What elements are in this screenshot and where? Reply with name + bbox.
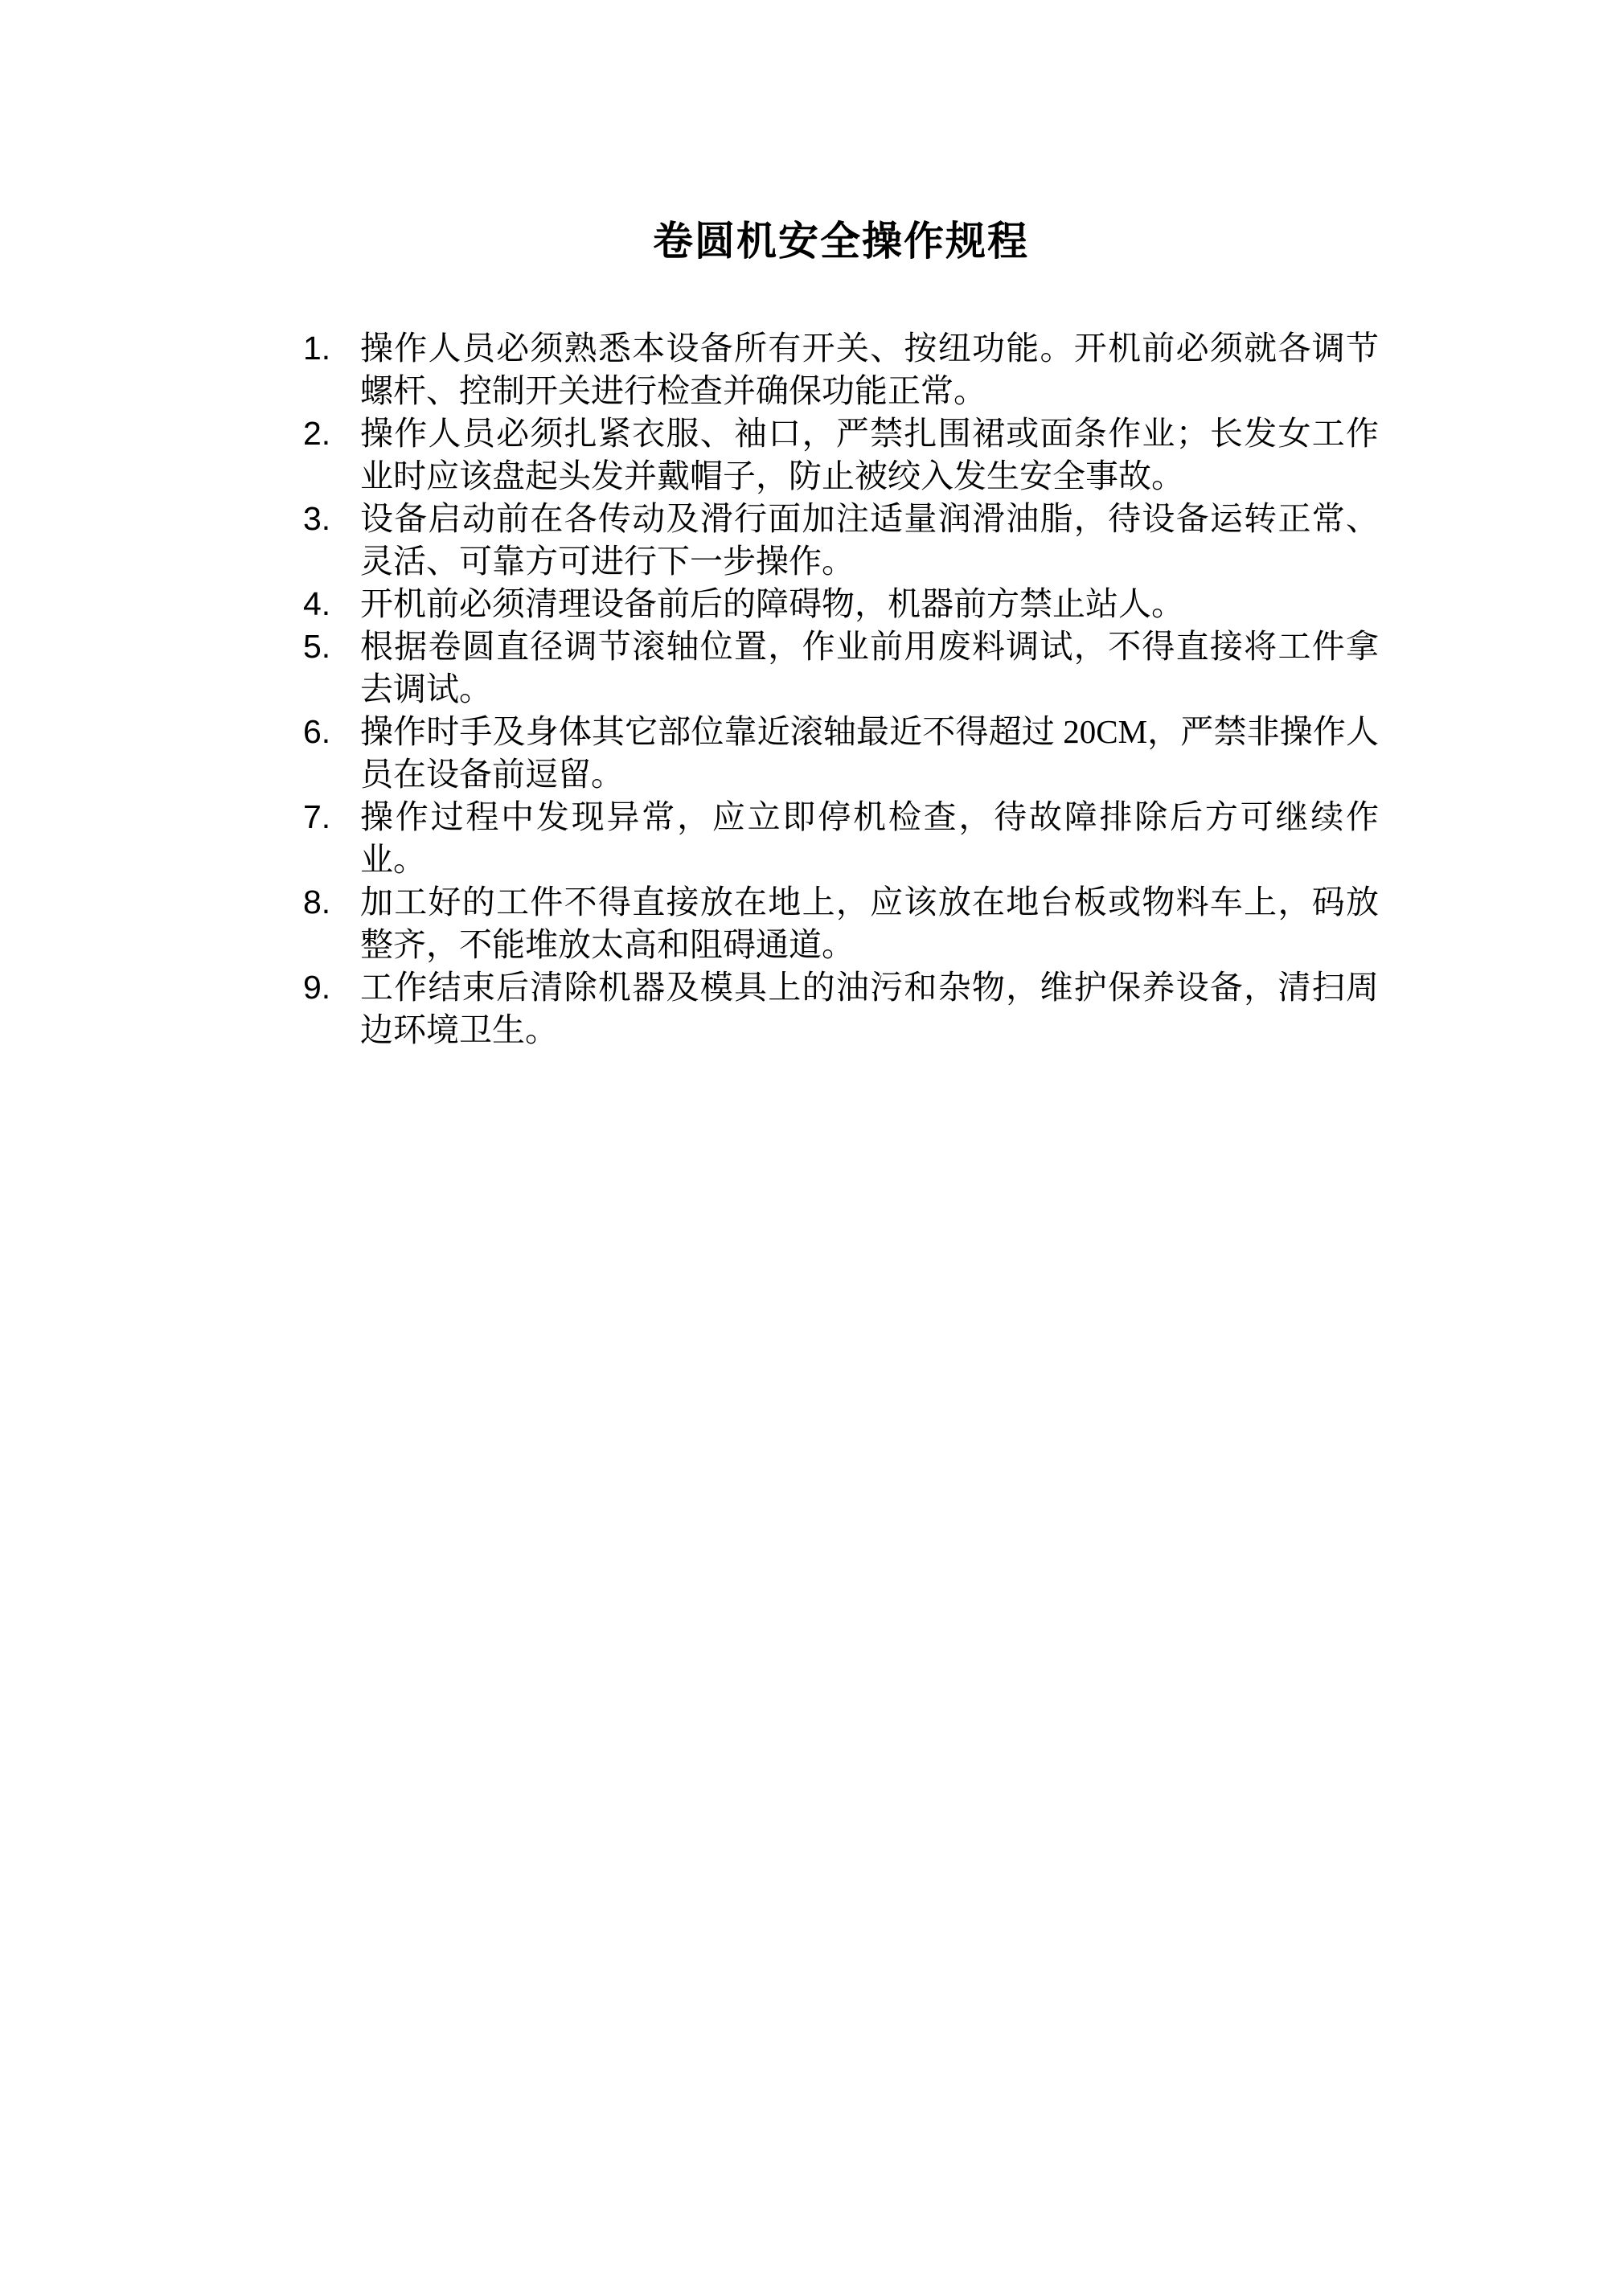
list-item: 9. 工作结束后清除机器及模具上的油污和杂物，维护保养设备，清扫周边环境卫生。: [303, 966, 1379, 1052]
numbered-list: 1. 操作人员必须熟悉本设备所有开关、按纽功能。开机前必须就各调节螺杆、控制开关…: [303, 327, 1379, 1052]
list-item: 7. 操作过程中发现异常，应立即停机检查，待故障排除后方可继续作业。: [303, 796, 1379, 881]
list-item-text: 开机前必须清理设备前后的障碍物，机器前方禁止站人。: [360, 583, 1379, 625]
list-item-number: 4.: [303, 583, 360, 625]
list-item-text: 操作人员必须熟悉本设备所有开关、按纽功能。开机前必须就各调节螺杆、控制开关进行检…: [360, 327, 1379, 412]
list-item-text: 操作人员必须扎紧衣服、袖口，严禁扎围裙或面条作业；长发女工作业时应该盘起头发并戴…: [360, 412, 1379, 498]
document-page: 卷圆机安全操作规程 1. 操作人员必须熟悉本设备所有开关、按纽功能。开机前必须就…: [0, 0, 1624, 2296]
list-item: 1. 操作人员必须熟悉本设备所有开关、按纽功能。开机前必须就各调节螺杆、控制开关…: [303, 327, 1379, 412]
list-item-text: 操作过程中发现异常，应立即停机检查，待故障排除后方可继续作业。: [360, 796, 1379, 881]
list-item-number: 7.: [303, 796, 360, 838]
list-item-text: 加工好的工件不得直接放在地上，应该放在地台板或物料车上，码放整齐，不能堆放太高和…: [360, 881, 1379, 966]
document-title: 卷圆机安全操作规程: [303, 215, 1379, 268]
list-item-number: 5.: [303, 625, 360, 668]
list-item-number: 8.: [303, 881, 360, 924]
list-item: 4. 开机前必须清理设备前后的障碍物，机器前方禁止站人。: [303, 583, 1379, 625]
list-item: 2. 操作人员必须扎紧衣服、袖口，严禁扎围裙或面条作业；长发女工作业时应该盘起头…: [303, 412, 1379, 498]
list-item-number: 2.: [303, 412, 360, 455]
list-item: 6. 操作时手及身体其它部位靠近滚轴最近不得超过 20CM，严禁非操作人员在设备…: [303, 711, 1379, 796]
list-item-text: 操作时手及身体其它部位靠近滚轴最近不得超过 20CM，严禁非操作人员在设备前逗留…: [360, 711, 1379, 796]
list-item-text: 设备启动前在各传动及滑行面加注适量润滑油脂，待设备运转正常、灵活、可靠方可进行下…: [360, 498, 1379, 583]
list-item-text: 工作结束后清除机器及模具上的油污和杂物，维护保养设备，清扫周边环境卫生。: [360, 966, 1379, 1052]
list-item-number: 1.: [303, 327, 360, 370]
list-item-number: 6.: [303, 711, 360, 753]
list-item: 8. 加工好的工件不得直接放在地上，应该放在地台板或物料车上，码放整齐，不能堆放…: [303, 881, 1379, 966]
list-item-text: 根据卷圆直径调节滚轴位置，作业前用废料调试，不得直接将工件拿去调试。: [360, 625, 1379, 711]
list-item-number: 3.: [303, 498, 360, 540]
list-item-number: 9.: [303, 966, 360, 1009]
list-item: 3. 设备启动前在各传动及滑行面加注适量润滑油脂，待设备运转正常、灵活、可靠方可…: [303, 498, 1379, 583]
list-item: 5. 根据卷圆直径调节滚轴位置，作业前用废料调试，不得直接将工件拿去调试。: [303, 625, 1379, 711]
